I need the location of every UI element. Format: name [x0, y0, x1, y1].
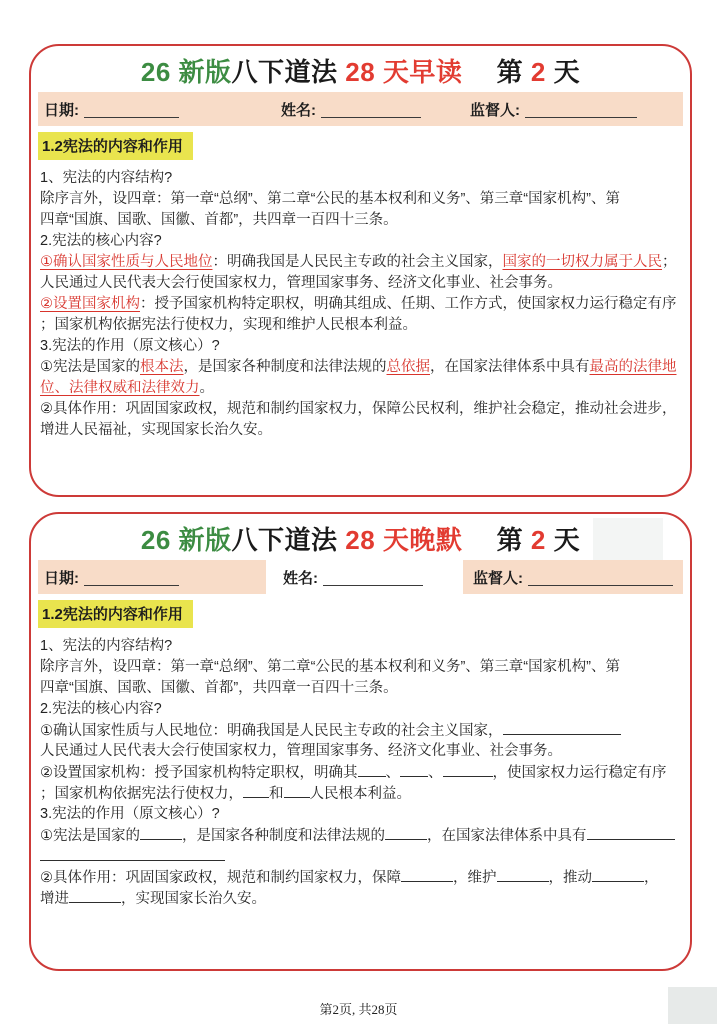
supervisor-blank [525, 101, 637, 118]
text-run: ，推动 [549, 870, 593, 886]
text-run: 人民通过人民代表大会行使国家权力，管理国家事务、经济文化事业、社会事务。 [40, 743, 562, 759]
fill-in-blank [400, 762, 428, 777]
text-run: ， [644, 870, 659, 886]
fill-in-blank [284, 783, 310, 798]
morning-reading-card: 26 新版八下道法 28 天早读 第 2 天 日期: 姓名: 监督人: 1.2宪… [29, 44, 692, 497]
text-run: 位、法律权威和法律效力 [40, 380, 200, 396]
text-run: 四章“国旗、国歌、国徽、首都”，共四章一百四十三条。 [40, 680, 398, 696]
text-line: ；国家机构依据宪法行使权力，实现和维护人民根本利益。 [40, 315, 690, 336]
text-line: 除序言外，设四章：第一章“总纲”、第二章“公民的基本权利和义务”、第三章“国家机… [40, 189, 690, 210]
fill-in-blank [587, 825, 675, 840]
name-blank [323, 569, 423, 586]
fill-in-blank [69, 888, 121, 903]
text-run: 国家的一切权力属于人民 [503, 254, 663, 270]
text-run: 2.宪法的核心内容? [40, 233, 162, 249]
text-line: 除序言外，设四章：第一章“总纲”、第二章“公民的基本权利和义务”、第三章“国家机… [40, 657, 690, 678]
text-run: 。 [200, 380, 215, 396]
text-run: ：明确我国是人民民主专政的社会主义国家， [213, 254, 503, 270]
text-run: ，是国家各种制度和法律法规的 [184, 359, 387, 375]
card-title: 26 新版八下道法 28 天早读 第 2 天 [37, 53, 684, 91]
text-run: 最高的法律地 [590, 359, 677, 375]
fill-in-blank [401, 867, 453, 882]
text-line: ②具体作用：巩固国家政权，规范和制约国家权力，保障，维护，推动， [40, 867, 690, 888]
text-line: 四章“国旗、国歌、国徽、首都”，共四章一百四十三条。 [40, 678, 690, 699]
text-run: 天 [546, 525, 580, 555]
section-title: 1.2宪法的内容和作用 [38, 132, 193, 160]
info-bar: 日期: 姓名: 监督人: [38, 92, 683, 126]
text-run: 26 新版 [141, 525, 232, 555]
date-field: 日期: [38, 92, 281, 126]
text-run: 除序言外，设四章：第一章“总纲”、第二章“公民的基本权利和义务”、第三章“国家机… [40, 191, 620, 207]
name-blank [321, 101, 421, 118]
info-bar: 日期: 姓名: 监督人: [38, 560, 683, 594]
text-run: 2 [531, 525, 546, 555]
text-run: ，维护 [453, 870, 497, 886]
text-run: ，实现国家长治久安。 [121, 891, 266, 907]
text-run: 3.宪法的作用（原文核心）? [40, 806, 220, 822]
text-run: 28 天早读 [345, 57, 462, 87]
date-label: 日期: [44, 567, 79, 588]
supervisor-blank [528, 569, 673, 586]
text-run: 26 新版 [141, 57, 232, 87]
fill-in-blank [40, 846, 225, 861]
text-run: ，在国家法律体系中具有 [430, 359, 590, 375]
text-line: 3.宪法的作用（原文核心）? [40, 336, 690, 357]
text-run: ，使国家权力运行稳定有序 [493, 765, 667, 781]
text-line: ①确认国家性质与人民地位：明确我国是人民民主专政的社会主义国家， [40, 720, 690, 741]
text-line: 3.宪法的作用（原文核心）? [40, 804, 690, 825]
text-run: ，是国家各种制度和法律法规的 [182, 828, 385, 844]
text-line: 四章“国旗、国歌、国徽、首都”，共四章一百四十三条。 [40, 210, 690, 231]
fill-in-blank [592, 867, 644, 882]
text-run: 1、宪法的内容结构? [40, 638, 172, 654]
fill-in-blank [443, 762, 493, 777]
text-line: ①宪法是国家的，是国家各种制度和法律法规的，在国家法律体系中具有 [40, 825, 690, 846]
text-line: ②设置国家机构：授予国家机构特定职权，明确其组成、任期、工作方式，使国家权力运行… [40, 294, 690, 315]
text-run: 1、宪法的内容结构? [40, 170, 172, 186]
text-run: ①宪法是国家的 [40, 359, 140, 375]
text-run: ，在国家法律体系中具有 [427, 828, 587, 844]
text-run: ①宪法是国家的 [40, 828, 140, 844]
text-run: 、 [386, 765, 401, 781]
name-label: 姓名: [281, 99, 316, 120]
name-field: 姓名: [283, 560, 463, 594]
date-blank [84, 569, 179, 586]
text-line: ①宪法是国家的根本法，是国家各种制度和法律法规的总依据，在国家法律体系中具有最高… [40, 357, 690, 378]
text-run: 四章“国旗、国歌、国徽、首都”，共四章一百四十三条。 [40, 212, 398, 228]
card-body: 1、宪法的内容结构?除序言外，设四章：第一章“总纲”、第二章“公民的基本权利和义… [40, 168, 690, 441]
text-run: ①确认国家性质与人民地位 [40, 254, 213, 270]
text-run: 八下道法 [232, 525, 346, 555]
text-line: 2.宪法的核心内容? [40, 231, 690, 252]
fill-in-blank [385, 825, 427, 840]
text-run: 2.宪法的核心内容? [40, 701, 162, 717]
text-run: 根本法 [140, 359, 184, 375]
text-run: 增进 [40, 891, 69, 907]
text-line: ；国家机构依据宪法行使权力，和人民根本利益。 [40, 783, 690, 804]
text-line: 2.宪法的核心内容? [40, 699, 690, 720]
text-run: ②设置国家机构：授予国家机构特定职权，明确其 [40, 765, 358, 781]
date-field: 日期: [38, 560, 266, 594]
name-field: 姓名: [281, 92, 470, 126]
fill-in-blank [358, 762, 386, 777]
page-number: 第2页, 共28页 [0, 999, 717, 1018]
text-line: 人民通过人民代表大会行使国家权力，管理国家事务、经济文化事业、社会事务。 [40, 273, 690, 294]
card-title: 26 新版八下道法 28 天晚默 第 2 天 [37, 521, 684, 559]
text-run: ：授予国家机构特定职权，明确其组成、任期、工作方式，使国家权力运行稳定有序 [140, 296, 677, 312]
supervisor-field: 监督人: [463, 560, 683, 594]
text-line: 增进，实现国家长治久安。 [40, 888, 690, 909]
text-line: 位、法律权威和法律效力。 [40, 378, 690, 399]
text-line: ①确认国家性质与人民地位：明确我国是人民民主专政的社会主义国家，国家的一切权力属… [40, 252, 690, 273]
text-run: 2 [531, 57, 546, 87]
fill-in-blank [497, 867, 549, 882]
text-line: 人民通过人民代表大会行使国家权力，管理国家事务、经济文化事业、社会事务。 [40, 741, 690, 762]
text-line: 1、宪法的内容结构? [40, 168, 690, 189]
text-run: 八下道法 [232, 57, 346, 87]
text-run: ②设置国家机构 [40, 296, 140, 312]
text-run: ①确认国家性质与人民地位：明确我国是人民民主专政的社会主义国家， [40, 723, 503, 739]
text-run: 第 [462, 57, 530, 87]
supervisor-label: 监督人: [473, 567, 523, 588]
text-run: 人民通过人民代表大会行使国家权力，管理国家事务、经济文化事业、社会事务。 [40, 275, 562, 291]
text-line: ②具体作用：巩固国家政权，规范和制约国家权力，保障公民权利，维护社会稳定，推动社… [40, 399, 690, 420]
text-run: 、 [428, 765, 443, 781]
text-line [40, 846, 690, 867]
evening-recitation-card: 26 新版八下道法 28 天晚默 第 2 天 日期: 姓名: 监督人: 1.2宪… [29, 512, 692, 971]
text-run: 28 天晚默 [345, 525, 462, 555]
text-run: ②具体作用：巩固国家政权，规范和制约国家权力，保障公民权利，维护社会稳定，推动社… [40, 401, 677, 417]
supervisor-label: 监督人: [470, 99, 520, 120]
text-run: 总依据 [387, 359, 431, 375]
scan-artifact [668, 987, 717, 1024]
text-run: ②具体作用：巩固国家政权，规范和制约国家权力，保障 [40, 870, 401, 886]
text-run: 天 [546, 57, 580, 87]
section-title: 1.2宪法的内容和作用 [38, 600, 193, 628]
text-line: 1、宪法的内容结构? [40, 636, 690, 657]
name-label: 姓名: [283, 567, 318, 588]
fill-in-blank [243, 783, 269, 798]
text-run: 第 [462, 525, 530, 555]
text-line: ②设置国家机构：授予国家机构特定职权，明确其、、，使国家权力运行稳定有序 [40, 762, 690, 783]
card-body: 1、宪法的内容结构?除序言外，设四章：第一章“总纲”、第二章“公民的基本权利和义… [40, 636, 690, 909]
fill-in-blank [140, 825, 182, 840]
text-run: ；国家机构依据宪法行使权力，实现和维护人民根本利益。 [40, 317, 417, 333]
text-line: 增进人民福祉，实现国家长治久安。 [40, 420, 690, 441]
date-blank [84, 101, 179, 118]
text-run: 和 [269, 786, 284, 802]
text-run: 人民根本利益。 [310, 786, 412, 802]
text-run: ；国家机构依据宪法行使权力， [40, 786, 243, 802]
text-run: 3.宪法的作用（原文核心）? [40, 338, 220, 354]
fill-in-blank [503, 720, 621, 735]
date-label: 日期: [44, 99, 79, 120]
text-run: 增进人民福祉，实现国家长治久安。 [40, 422, 272, 438]
text-run: 除序言外，设四章：第一章“总纲”、第二章“公民的基本权利和义务”、第三章“国家机… [40, 659, 620, 675]
text-run: ； [662, 254, 677, 270]
supervisor-field: 监督人: [470, 92, 683, 126]
